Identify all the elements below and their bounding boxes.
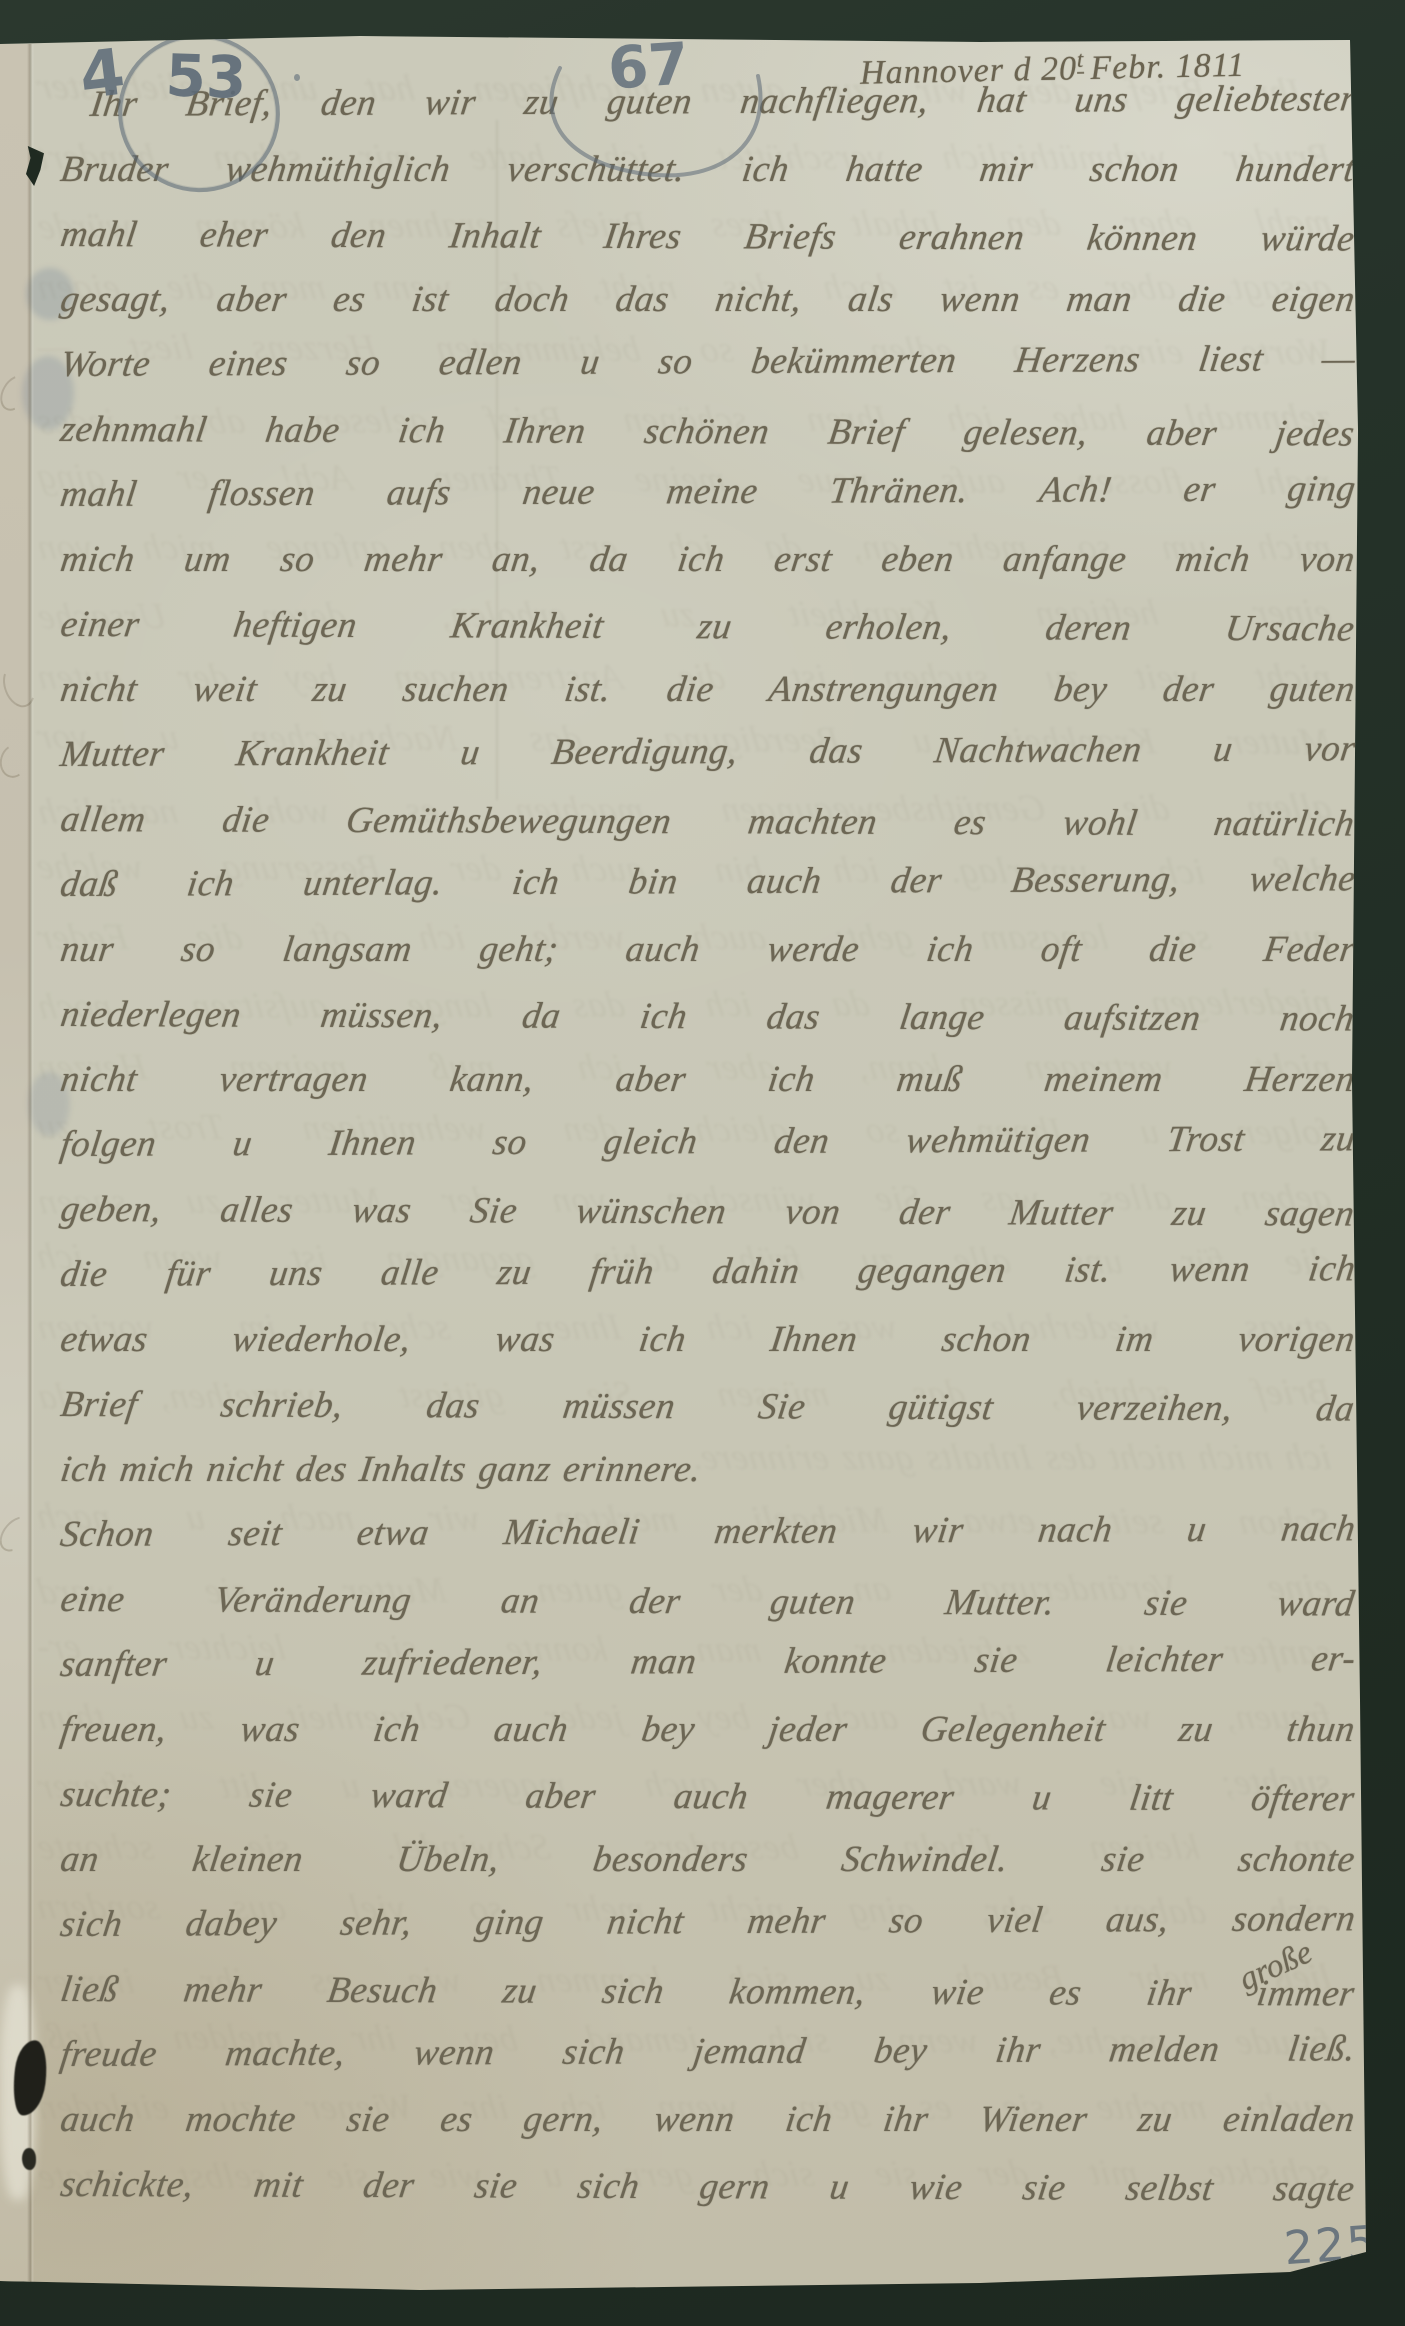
manuscript-line: gesagt, aber es ist doch das nicht, als …	[56, 269, 1359, 334]
manuscript-line: daß ich unterlag. ich bin auch der Besse…	[56, 848, 1360, 919]
manuscript-line: schickte, mit der sie sich gern u wie si…	[56, 2154, 1359, 2224]
pencil-dot	[294, 74, 300, 81]
manuscript-line: an kleinen Übeln, besonders Schwindel. s…	[56, 1829, 1359, 1894]
circled-number-53: 53	[165, 41, 248, 112]
page-number: 225	[1282, 2215, 1379, 2275]
dateline-ordinal: t	[1077, 47, 1085, 74]
manuscript-line: geben, alles was Sie wünschen von der Mu…	[56, 1179, 1359, 1249]
manuscript-line: die für uns alle zu früh dahin gegangen …	[56, 1238, 1360, 1309]
manuscript-line: freuen, was ich auch bey jeder Gelegenhe…	[56, 1699, 1359, 1764]
pencil-oval-stroke	[540, 58, 790, 190]
dateline-city-day: Hannover d 20	[860, 50, 1078, 92]
manuscript-line: folgen u Ihnen so gleich den wehmütigen …	[56, 1108, 1360, 1179]
manuscript-line: eine Veränderung an der guten Mutter. si…	[56, 1569, 1359, 1639]
manuscript-line: ich mich nicht des Inhalts ganz erinnere…	[56, 1439, 825, 1504]
binding-fold-line	[27, 44, 34, 2282]
manuscript-line: sich dabey sehr, ging nicht mehr so viel…	[56, 1888, 1360, 1959]
manuscript-line: auch mochte sie es gern, wenn ich ihr Wi…	[56, 2089, 1359, 2154]
manuscript-line: nicht weit zu suchen ist. die Anstrengun…	[56, 659, 1359, 724]
manuscript-scan: { "letter": { "archival_marks": { "top_l…	[0, 0, 1405, 2326]
dateline-month-year: Febr. 1811	[1090, 47, 1246, 87]
manuscript-line: nur so langsam geht; auch werde ich oft …	[56, 919, 1359, 984]
manuscript-line: mich um so mehr an, da ich erst eben anf…	[56, 529, 1359, 594]
bleedthrough-mark	[0, 660, 41, 712]
manuscript-line: Mutter Krankheit u Beerdigung, das Nacht…	[56, 718, 1360, 789]
manuscript-text: Ihr Brief, den wir zu guten nachfliegen,…	[56, 74, 1350, 2219]
manuscript-line: Schon seit etwa Michaeli merkten wir nac…	[56, 1498, 1360, 1569]
manuscript-line: freude machte, wenn sich jemand bey ihr …	[56, 2018, 1360, 2089]
manuscript-line: mahl flossen aufs neue meine Thränen. Ac…	[56, 458, 1360, 529]
manuscript-line: allem die Gemüthsbewegungen machten es w…	[56, 789, 1359, 859]
manuscript-line: sanfter u zufriedener, man konnte sie le…	[56, 1628, 1360, 1699]
manuscript-line: suchte; sie ward aber auch magerer u lit…	[56, 1764, 1359, 1834]
manuscript-line: Worte eines so edlen u so bekümmerten He…	[56, 328, 1360, 399]
letter-page: Ihr Brief, den wir zu guten nachfliegen,…	[0, 0, 1405, 2326]
manuscript-line: mahl eher den Inhalt Ihres Briefs erahne…	[56, 204, 1359, 274]
manuscript-line: niederlegen müssen, da ich das lange auf…	[56, 984, 1359, 1054]
manuscript-line: etwas wiederhole, was ich Ihnen schon im…	[56, 1309, 1359, 1374]
manuscript-line: einer heftigen Krankheit zu erholen, der…	[56, 594, 1359, 664]
manuscript-line: ließ mehr Besuch zu sich kommen, wie es …	[56, 1959, 1359, 2029]
manuscript-line: nicht vertragen kann, aber ich muß meine…	[56, 1049, 1359, 1114]
manuscript-line: Brief schrieb, das müssen Sie gütigst ve…	[56, 1374, 1359, 1444]
manuscript-line: zehnmahl habe ich Ihren schönen Brief ge…	[56, 399, 1359, 469]
